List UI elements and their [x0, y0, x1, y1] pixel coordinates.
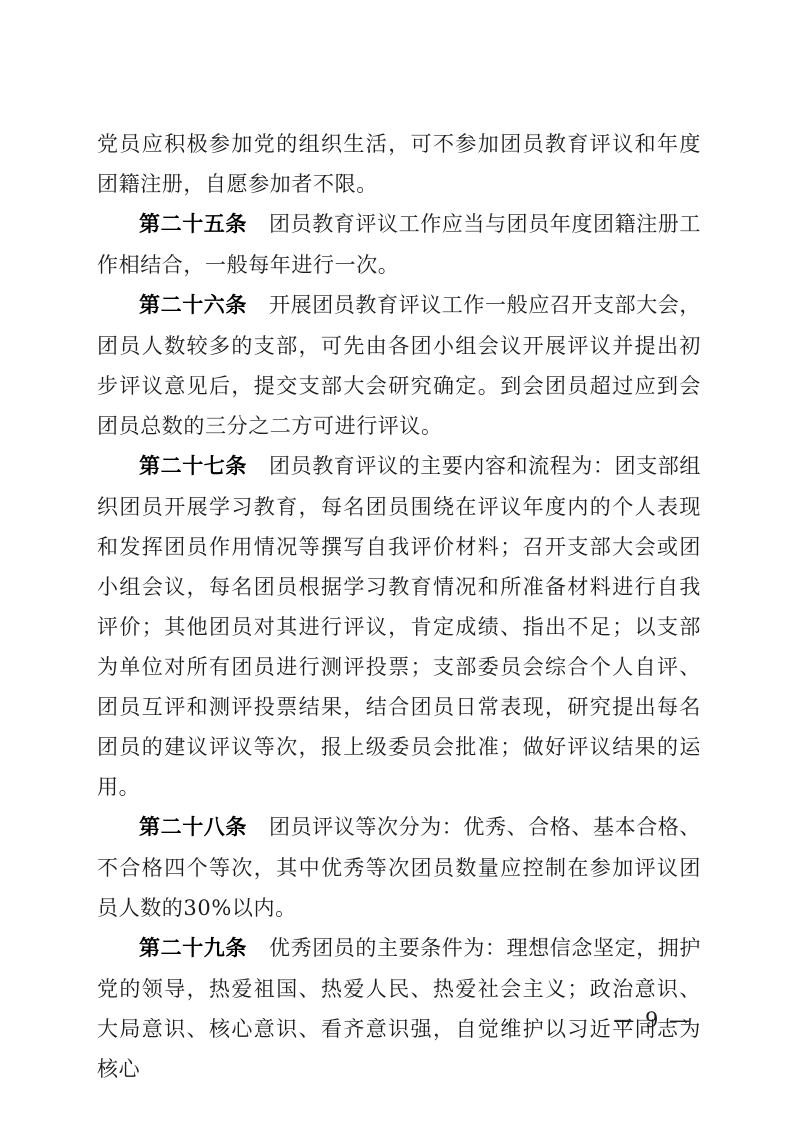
document-body: 党员应积极参加党的组织生活，可不参加团员教育评议和年度团籍注册，自愿参加者不限。…	[97, 124, 701, 1089]
article-number: 第二十七条	[139, 455, 247, 478]
paragraph: 第二十六条开展团员教育评议工作一般应召开支部大会，团员人数较多的支部，可先由各团…	[97, 285, 701, 446]
article-number: 第二十六条	[139, 294, 247, 317]
paragraph: 第二十五条团员教育评议工作应当与团员年度团籍注册工作相结合，一般每年进行一次。	[97, 204, 701, 285]
document-page: 党员应积极参加党的组织生活，可不参加团员教育评议和年度团籍注册，自愿参加者不限。…	[0, 0, 793, 1122]
page-number: — 9 —	[613, 1008, 692, 1032]
article-number: 第二十五条	[139, 213, 247, 236]
paragraph: 第二十七条团员教育评议的主要内容和流程为：团支部组织团员开展学习教育，每名团员围…	[97, 446, 701, 807]
paragraph: 第二十八条团员评议等次分为：优秀、合格、基本合格、不合格四个等次，其中优秀等次团…	[97, 807, 701, 928]
article-number: 第二十九条	[139, 937, 247, 960]
paragraph-text: 党员应积极参加党的组织生活，可不参加团员教育评议和年度团籍注册，自愿参加者不限。	[97, 132, 701, 196]
article-number: 第二十八条	[139, 816, 247, 839]
paragraph-text: 团员教育评议的主要内容和流程为：团支部组织团员开展学习教育，每名团员围绕在评议年…	[97, 454, 701, 799]
page-footer: — 9 —	[613, 1000, 692, 1040]
paragraph: 第二十九条优秀团员的主要条件为：理想信念坚定，拥护党的领导，热爱祖国、热爱人民、…	[97, 928, 701, 1089]
paragraph: 党员应积极参加党的组织生活，可不参加团员教育评议和年度团籍注册，自愿参加者不限。	[97, 124, 701, 204]
